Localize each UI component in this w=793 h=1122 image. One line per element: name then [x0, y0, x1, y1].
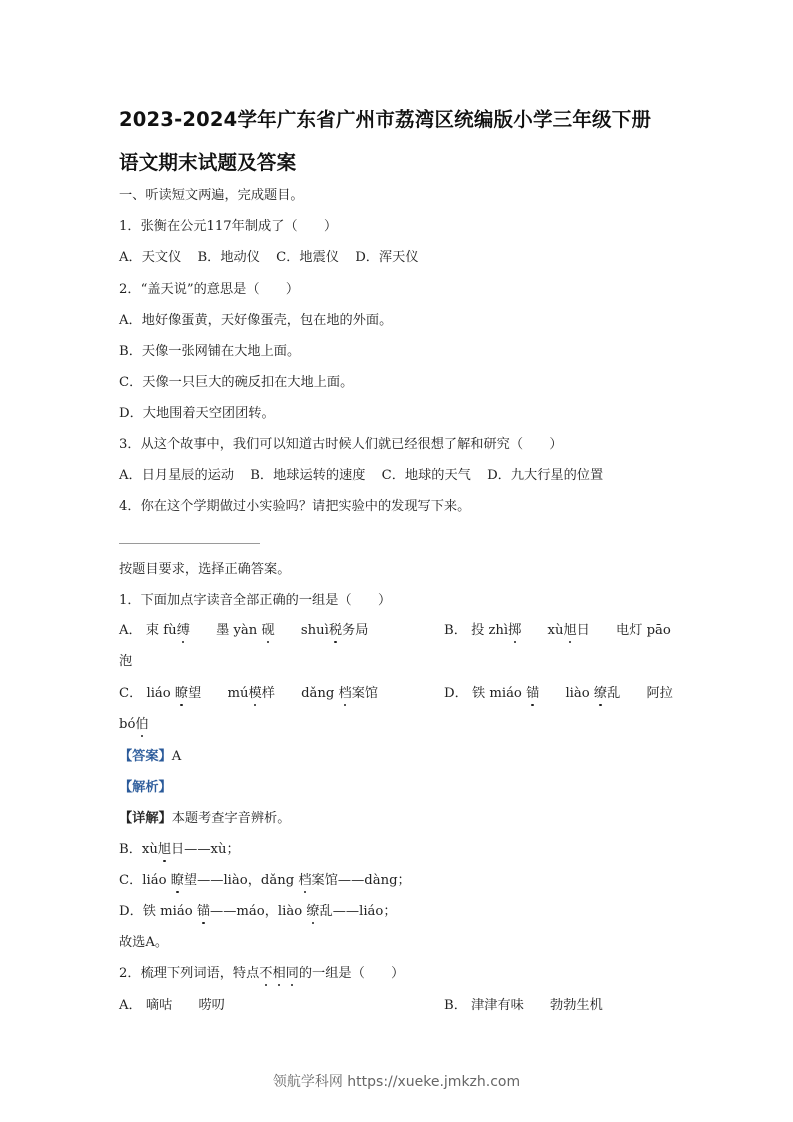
- question-stem: 1．下面加点字读音全部正确的一组是（ ）: [119, 593, 391, 609]
- question-stem: 4．你在这个学期做过小实验吗？请把实验中的发现写下来。: [119, 499, 470, 515]
- option-b-wrap: 泡: [119, 654, 132, 670]
- explanation-b: B．xù旭日——xù；: [119, 842, 240, 858]
- dotted-char: 瞭: [171, 873, 184, 889]
- dotted-char: 缚: [177, 623, 190, 639]
- dotted-char: 砚: [261, 623, 274, 639]
- option-c: C．地球的天气: [382, 468, 471, 483]
- exam-page: 2023-2024学年广东省广州市荔湾区统编版小学三年级下册 语文期末试题及答案…: [0, 0, 793, 1122]
- option-a: A． 束 fù缚 墨 yàn 砚 shuì税务局: [119, 623, 368, 639]
- footer-watermark: 领航学科网 https://xueke.jmkzh.com: [0, 1071, 793, 1091]
- dotted-char: 伯: [135, 717, 148, 733]
- explanation-d: D．铁 miáo 锚——máo，liào 缭乱——liáo；: [119, 904, 397, 920]
- dotted-char: 旭: [563, 623, 576, 639]
- option-b: B． 津津有味 勃勃生机: [444, 998, 603, 1014]
- option-a: A． 嘀咕 唠叨: [119, 998, 225, 1014]
- option-b: B．地球运转的速度: [250, 468, 365, 483]
- detail-text: 本题考查字音辨析。: [172, 811, 291, 826]
- question-options: A．日月星辰的运动 B．地球运转的速度 C．地球的天气 D．九大行星的位置: [119, 468, 603, 484]
- option-c: C． liáo 瞭望 mú模样 dǎng 档案馆: [119, 686, 378, 702]
- question-options: A．天文仪 B．地动仪 C．地震仪 D．浑天仪: [119, 250, 419, 266]
- section-divider: [119, 543, 260, 544]
- dotted-char: 模: [249, 686, 262, 702]
- dotted-char: 不: [259, 966, 272, 982]
- dotted-char: 档: [339, 686, 352, 702]
- detail-label: 【详解】: [119, 811, 172, 826]
- option-d: D． 铁 miáo 锚 liào 缭乱 阿拉: [444, 686, 673, 702]
- analysis-label: 【解析】: [119, 780, 172, 795]
- option-a: A．天文仪: [119, 250, 181, 265]
- dotted-char: 瞭: [175, 686, 188, 702]
- dotted-char: 锚: [526, 686, 539, 702]
- dotted-char: 缭: [306, 904, 319, 920]
- option-d: D．大地围着天空团团转。: [119, 406, 275, 422]
- analysis-line: 【解析】: [119, 780, 172, 796]
- explanation-c: C．liáo 瞭望——liào，dǎng 档案馆——dàng；: [119, 873, 411, 889]
- option-d: D．浑天仪: [355, 250, 418, 265]
- question-stem: 1．张衡在公元117年制成了（ ）: [119, 219, 337, 235]
- option-c: C．天像一只巨大的碗反扣在大地上面。: [119, 375, 353, 391]
- detail-line: 【详解】本题考查字音辨析。: [119, 811, 290, 827]
- dotted-char: 旭: [158, 842, 171, 858]
- option-d: D．九大行星的位置: [487, 468, 603, 483]
- document-title-line2: 语文期末试题及答案: [119, 147, 689, 175]
- dotted-char: 档: [298, 873, 311, 889]
- option-a: A．日月星辰的运动: [119, 468, 234, 483]
- conclusion: 故选A。: [119, 935, 168, 951]
- section1-heading: 一、听读短文两遍，完成题目。: [119, 188, 304, 204]
- document-title-line1: 2023-2024学年广东省广州市荔湾区统编版小学三年级下册: [119, 104, 689, 132]
- question-stem: 3．从这个故事中，我们可以知道古时候人们就已经很想了解和研究（ ）: [119, 437, 563, 453]
- answer-value: A: [172, 749, 182, 764]
- answer-label: 【答案】: [119, 749, 172, 764]
- option-c: C．地震仪: [276, 250, 339, 265]
- dotted-char: 锚: [197, 904, 210, 920]
- answer-line: 【答案】A: [119, 749, 181, 765]
- dotted-char: 税: [329, 623, 342, 639]
- question-stem: 2．梳理下列词语，特点不相同的一组是（ ）: [119, 966, 404, 982]
- section2-heading: 按题目要求，选择正确答案。: [119, 562, 290, 578]
- question-stem: 2．“盖天说”的意思是（ ）: [119, 282, 299, 298]
- dotted-char: 同: [286, 966, 299, 982]
- dotted-char: 掷: [508, 623, 521, 639]
- option-b: B．地动仪: [197, 250, 259, 265]
- dotted-char: 缭: [594, 686, 607, 702]
- option-a: A．地好像蛋黄，天好像蛋壳，包在地的外面。: [119, 313, 392, 329]
- option-b: B． 投 zhì掷 xù旭日 电灯 pāo: [444, 623, 671, 639]
- dotted-char: 相: [272, 966, 285, 982]
- option-d-wrap: bó伯: [119, 717, 149, 733]
- option-b: B．天像一张网铺在大地上面。: [119, 344, 300, 360]
